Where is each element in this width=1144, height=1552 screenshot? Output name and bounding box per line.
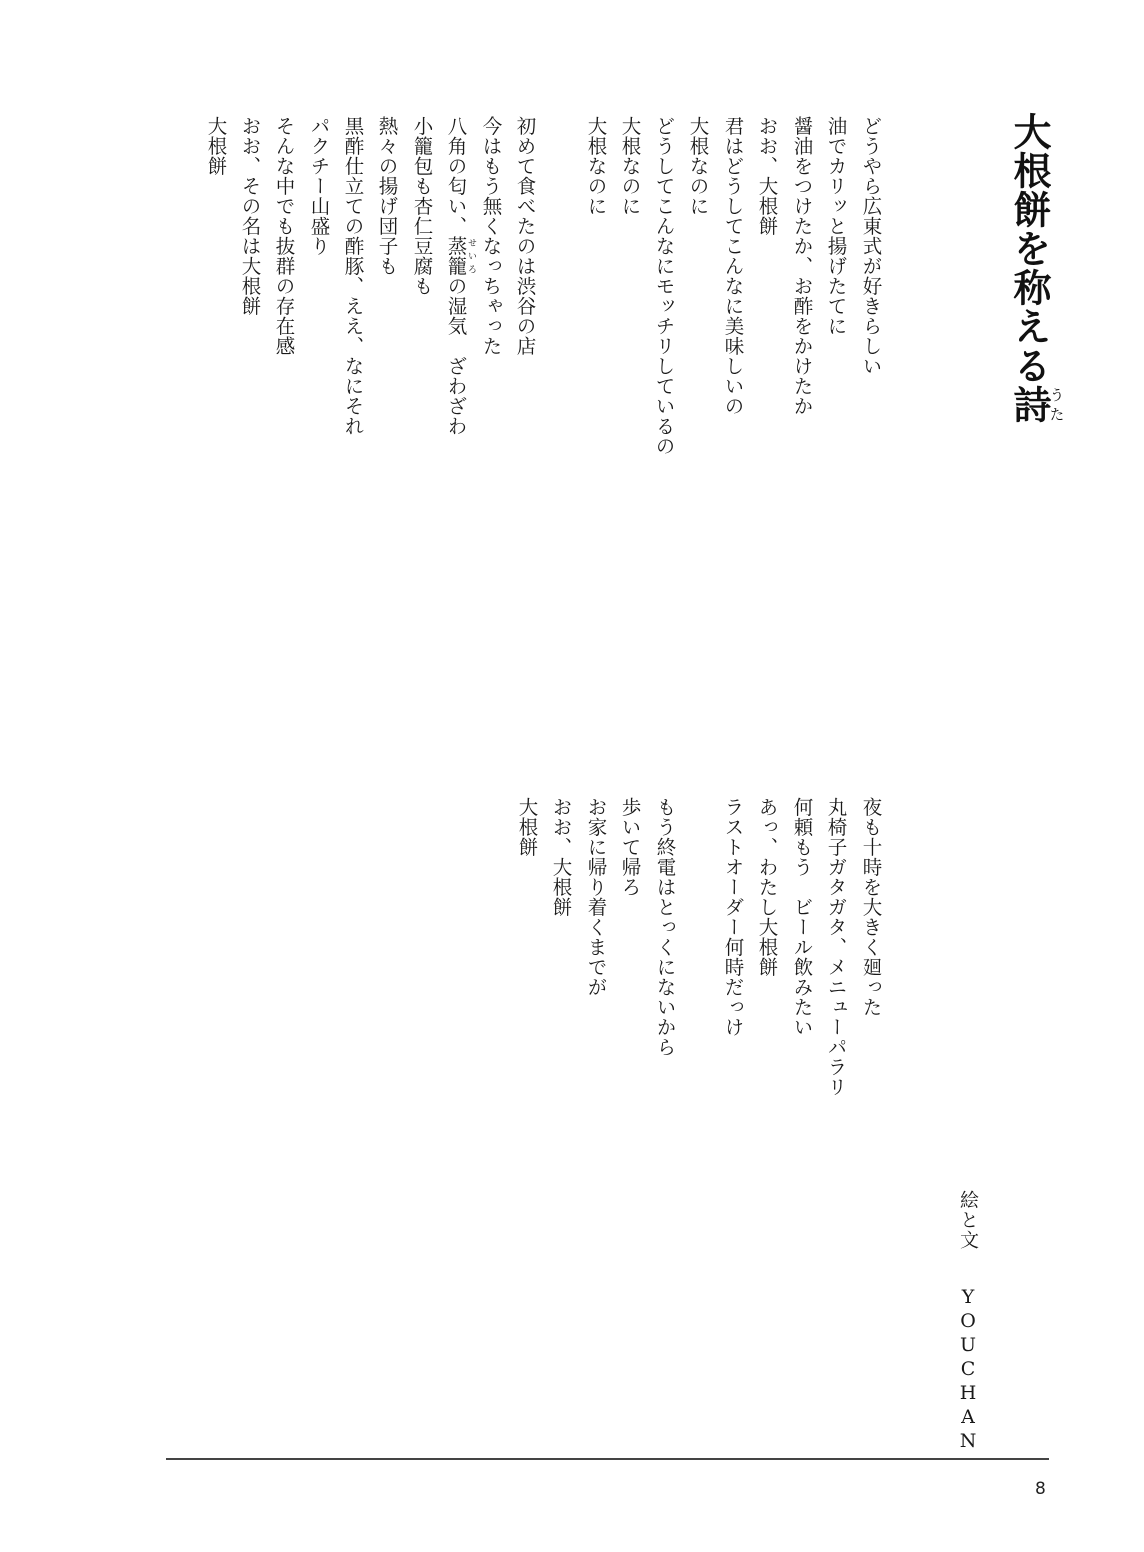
ruby-base: 蒸籠 bbox=[445, 236, 468, 276]
author-credit: 絵と文YOUCHAN bbox=[958, 1190, 977, 1454]
credit-label: 絵と文 bbox=[957, 1190, 979, 1250]
title-main: 大根餅を称える bbox=[1007, 112, 1052, 385]
poem-line: もう終電はとっくにないから bbox=[655, 797, 675, 1057]
poem-line: 丸椅子ガタガタ、メニューパラリ bbox=[826, 797, 846, 1097]
poem-line: おお、その名は大根餅 bbox=[240, 116, 260, 316]
poem-line: お家に帰り着くまでが bbox=[586, 797, 606, 997]
poem-line: 大根餅 bbox=[517, 797, 537, 857]
title-ruby: 詩うた bbox=[1007, 385, 1052, 424]
poem-line: そんな中でも抜群の存在感 bbox=[274, 116, 294, 356]
poem-line: 歩いて帰ろ bbox=[620, 797, 640, 897]
credit-author: YOUCHAN bbox=[957, 1286, 979, 1454]
line-text: 八角の匂い、 bbox=[445, 116, 468, 236]
poem-title: 大根餅を称える詩うた bbox=[1010, 112, 1065, 424]
poem-line: 醤油をつけたか、お酢をかけたか bbox=[792, 116, 812, 416]
page-number: 8 bbox=[1035, 1479, 1046, 1499]
poem-line: どうやら広東式が好きらしい bbox=[861, 116, 881, 376]
poem-line: 八角の匂い、蒸籠せいろの湿気 ざわざわ bbox=[446, 116, 476, 436]
ruby-reading: せいろ bbox=[466, 236, 476, 276]
poem-line: あっ、わたし大根餅 bbox=[757, 797, 777, 977]
poem-line: 小籠包も杏仁豆腐も bbox=[412, 116, 432, 296]
poem-line: ラストオーダー何時だっけ bbox=[723, 797, 743, 1037]
poem-line: 今はもう無くなっちゃった bbox=[481, 116, 501, 356]
poem-line: 夜も十時を大きく廻った bbox=[861, 797, 881, 1017]
poem-line: 君はどうしてこんなに美味しいの bbox=[723, 116, 743, 416]
poem-line: どうしてこんなにモッチリしているの bbox=[654, 116, 674, 456]
poem-line: 大根なのに bbox=[620, 116, 640, 216]
poem-line: 初めて食べたのは渋谷の店 bbox=[515, 116, 535, 356]
poem-line: 熱々の揚げ団子も bbox=[377, 116, 397, 276]
seiro-ruby: 蒸籠せいろ bbox=[445, 236, 468, 276]
poem-line: パクチー山盛り bbox=[309, 116, 329, 256]
title-ruby-reading: うた bbox=[1048, 385, 1066, 424]
poem-line: 大根なのに bbox=[586, 116, 606, 216]
poem-line: 黒酢仕立ての酢豚、ええ、なにそれ bbox=[343, 116, 363, 436]
footer-divider bbox=[166, 1458, 1049, 1460]
poem-line: 何頼もう ビール飲みたい bbox=[792, 797, 812, 1037]
line-text: の湿気 ざわざわ bbox=[445, 276, 468, 436]
poem-line: 油でカリッと揚げたてに bbox=[826, 116, 846, 336]
poem-line: おお、大根餅 bbox=[551, 797, 571, 917]
poem-line: 大根餅 bbox=[206, 116, 226, 176]
poem-line: 大根なのに bbox=[688, 116, 708, 216]
title-ruby-base: 詩 bbox=[1007, 385, 1052, 424]
poem-line: おお、大根餅 bbox=[757, 116, 777, 236]
